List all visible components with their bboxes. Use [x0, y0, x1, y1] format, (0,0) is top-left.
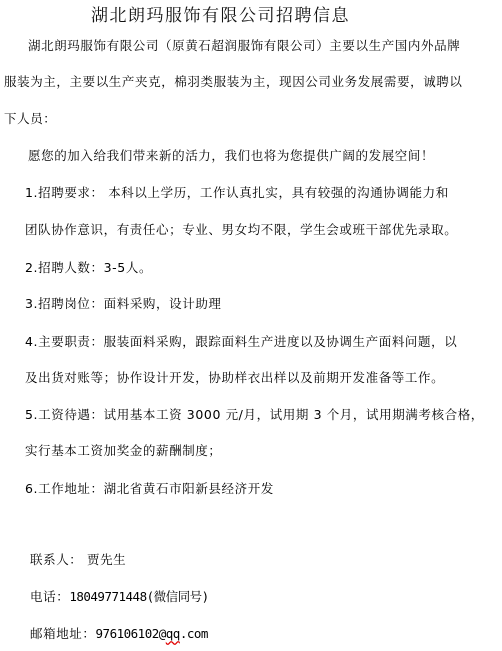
contact-email-label: 邮箱地址：	[30, 626, 96, 641]
contact-person-value: 贾先生	[87, 552, 126, 567]
item-4-line-2: 及出货对账等；协作设计开发，协助样衣出样以及前期开发准备等工作。	[25, 370, 444, 386]
contact-phone-label: 电话：	[30, 589, 69, 604]
intro-line-2: 服装为主，主要以生产夹克，棉羽类服装为主，现因公司业务发展需要，诚聘以	[4, 74, 463, 90]
page-title: 湖北朗玛服饰有限公司招聘信息	[0, 1, 502, 26]
item-5-line-1: 5.工资待遇：试用基本工资 3000 元/月，试用期 3 个月，试用期满考核合格…	[25, 407, 484, 423]
email-tld: .com	[180, 626, 208, 641]
contact-person-label: 联系人：	[30, 552, 82, 567]
item-1-line-1: 1.招聘要求： 本科以上学历，工作认真扎实，具有较强的沟通协调能力和	[25, 185, 449, 201]
item-6-line-1: 6.工作地址：湖北省黄石市阳新县经济开发	[25, 481, 274, 497]
contact-person: 联系人： 贾先生	[30, 552, 126, 568]
item-1-line-2: 团队协作意识，有责任心；专业、男女均不限，学生会或班干部优先录取。	[25, 222, 457, 238]
item-3-line-1: 3.招聘岗位：面料采购，设计助理	[25, 296, 222, 312]
contact-email-value[interactable]: 976106102@qq.com	[96, 626, 208, 641]
email-user: 976106102@	[96, 626, 166, 641]
contact-email: 邮箱地址：976106102@qq.com	[30, 626, 208, 642]
intro-line-3: 下人员：	[4, 111, 56, 127]
contact-phone: 电话：18049771448(微信同号)	[30, 589, 209, 605]
item-2-line-1: 2.招聘人数：3-5人。	[25, 260, 152, 276]
welcome-text: 愿您的加入给我们带来新的活力，我们也将为您提供广阔的发展空间！	[28, 148, 434, 164]
contact-phone-value: 18049771448(微信同号)	[69, 589, 208, 604]
item-5-line-2: 实行基本工资加奖金的薪酬制度；	[25, 443, 222, 459]
email-domain-misspelled: qq	[166, 626, 180, 641]
intro-line-1: 湖北朗玛服饰有限公司（原黄石超润服饰有限公司）主要以生产国内外品牌	[28, 38, 460, 54]
item-4-line-1: 4.主要职责：服装面料采购，跟踪面料生产进度以及协调生产面料问题，以	[25, 334, 457, 350]
